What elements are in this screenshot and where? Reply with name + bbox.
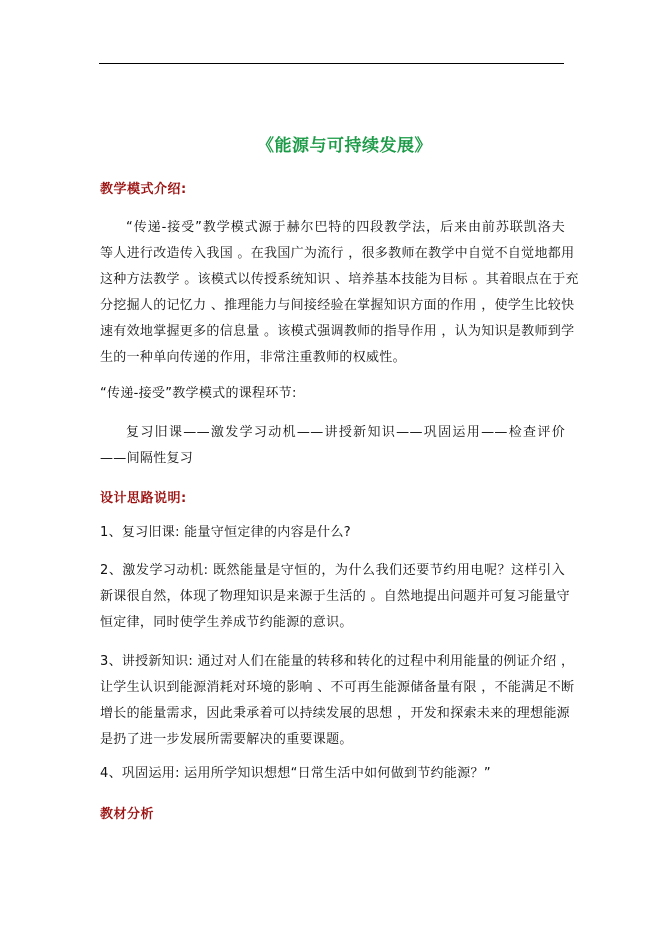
paragraph-line: 分挖掘人的记忆力 、推理能力与间接经验在掌握知识方面的作用 ，使学生比较快 (100, 293, 565, 319)
design-item-2: 2、激发学习动机: 既然能量是守恒的，为什么我们还要节约用电呢？这样引入 新课很… (100, 558, 565, 636)
paragraph-line: 2、激发学习动机: 既然能量是守恒的，为什么我们还要节约用电呢？这样引入 (100, 558, 565, 584)
design-item-4: 4、巩固运用: 运用所学知识想想“日常生活中如何做到节约能源？” (100, 761, 565, 787)
paragraph-line: “传递-接受”教学模式的课程环节: (100, 381, 565, 407)
paragraph-line: “传递-接受”教学模式源于赫尔巴特的四段教学法，后来由前苏联凯洛夫 (100, 215, 565, 241)
document-page: 《能源与可持续发展》 教学模式介绍: “传递-接受”教学模式源于赫尔巴特的四段教… (0, 0, 661, 935)
design-item-3: 3、讲授新知识: 通过对人们在能量的转移和转化的过程中利用能量的例证介绍 ， 让… (100, 649, 565, 753)
paragraph-line: 1、复习旧课: 能量守恒定律的内容是什么? (100, 520, 565, 546)
header-rule (99, 63, 564, 64)
paragraph-line: 是扔了进一步发展所需要解决的重要课题。 (100, 727, 565, 753)
section-heading-material-analysis: 教材分析 (100, 803, 154, 822)
design-item-1: 1、复习旧课: 能量守恒定律的内容是什么? (100, 520, 565, 546)
paragraph-line: 这种方法教学 。该模式以传授系统知识 、培养基本技能为目标 。其着眼点在于充 (100, 267, 565, 293)
section-heading-teaching-mode: 教学模式介绍: (100, 178, 187, 197)
paragraph-line: 让学生认识到能源消耗对环境的影响 、不可再生能源储备量有限 ，不能满足不断 (100, 675, 565, 701)
paragraph-line: 等人进行改造传入我国 。在我国广为流行 ，很多教师在教学中自觉不自觉地都用 (100, 241, 565, 267)
paragraph-line: 3、讲授新知识: 通过对人们在能量的转移和转化的过程中利用能量的例证介绍 ， (100, 649, 565, 675)
paragraph-line: ——间隔性复习 (100, 446, 565, 472)
document-title: 《能源与可持续发展》 (14, 131, 661, 156)
section-heading-design-rationale: 设计思路说明: (100, 487, 187, 506)
paragraph-line: 增长的能量需求，因此秉承着可以持续发展的思想 ，开发和探索未来的理想能源 (100, 701, 565, 727)
paragraph-line: 恒定律，同时使学生养成节约能源的意识。 (100, 610, 565, 636)
paragraph-line: 速有效地掌握更多的信息量 。该模式强调教师的指导作用 ，认为知识是教师到学 (100, 319, 565, 345)
paragraph-line: 复习旧课——激发学习动机——讲授新知识——巩固运用——检查评价 (100, 420, 565, 446)
course-steps-paragraph: 复习旧课——激发学习动机——讲授新知识——巩固运用——检查评价 ——间隔性复习 (100, 420, 565, 472)
teaching-mode-intro-paragraph: “传递-接受”教学模式源于赫尔巴特的四段教学法，后来由前苏联凯洛夫 等人进行改造… (100, 215, 565, 371)
paragraph-line: 生的一种单向传递的作用，非常注重教师的权威性。 (100, 345, 565, 371)
paragraph-line: 4、巩固运用: 运用所学知识想想“日常生活中如何做到节约能源？” (100, 761, 565, 787)
course-steps-label: “传递-接受”教学模式的课程环节: (100, 381, 565, 407)
paragraph-line: 新课很自然，体现了物理知识是来源于生活的 。自然地提出问题并可复习能量守 (100, 584, 565, 610)
